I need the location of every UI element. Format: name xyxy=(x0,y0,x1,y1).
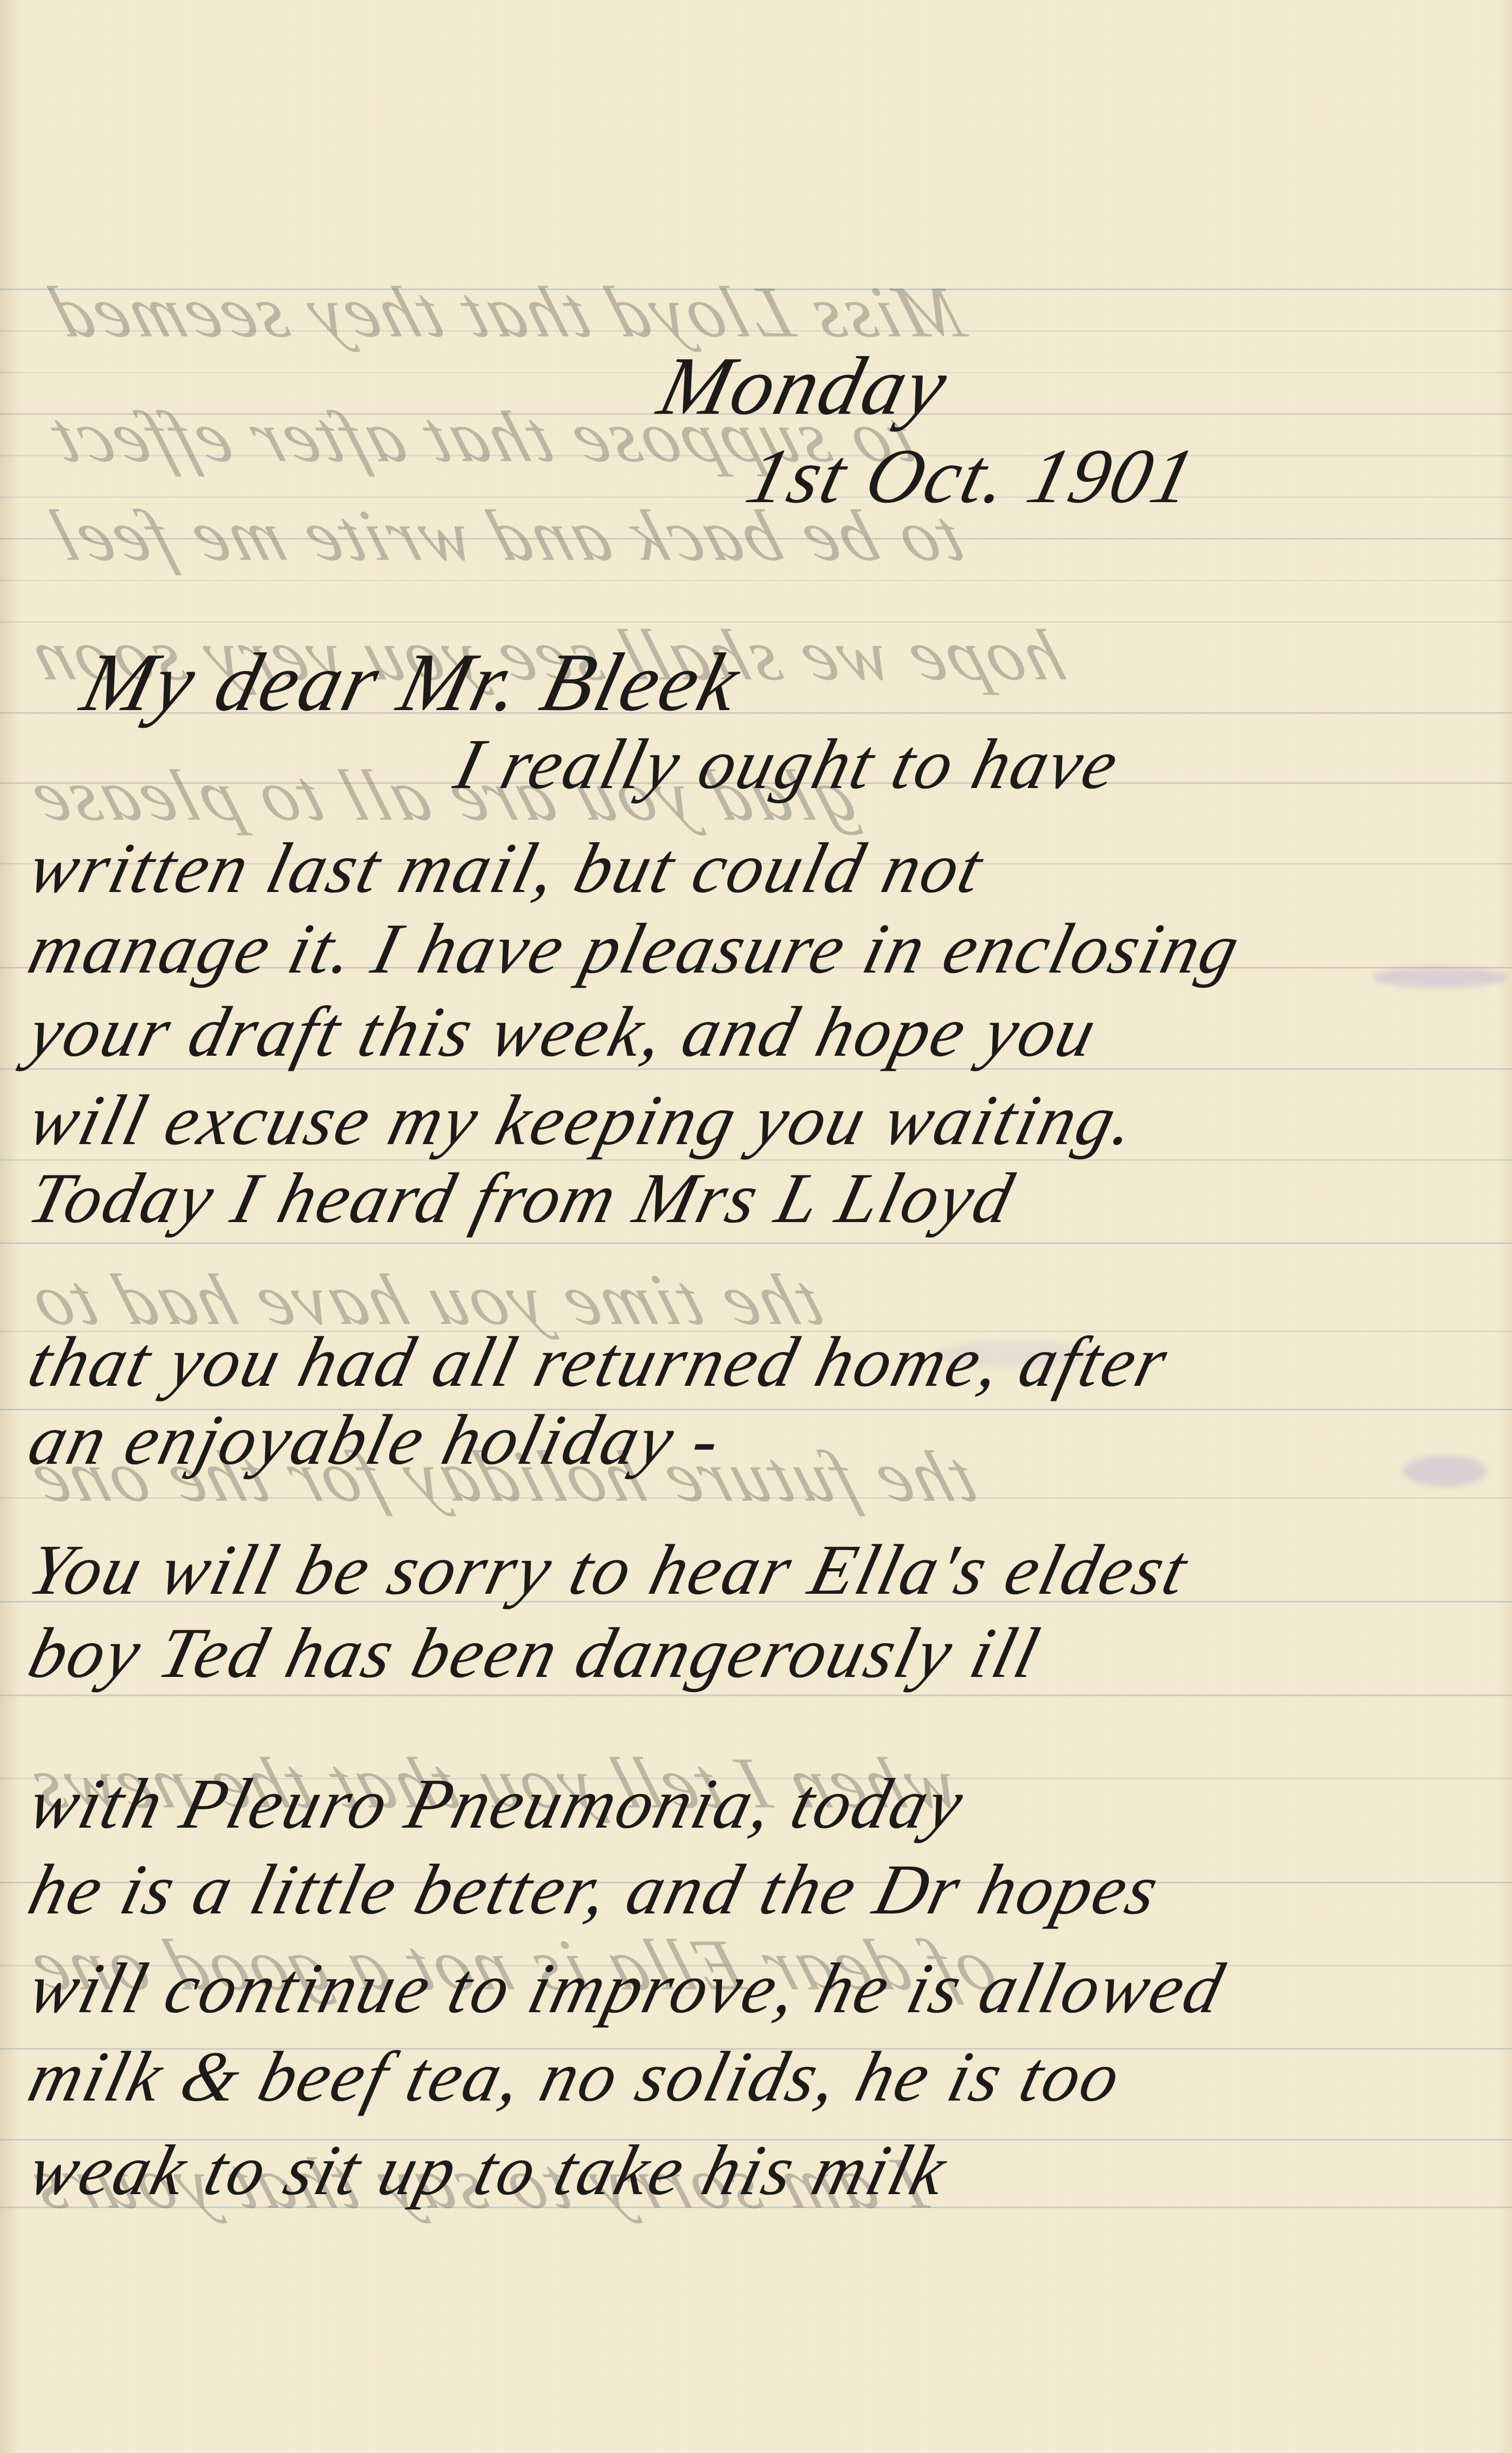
letter-line: will excuse my keeping you waiting. xyxy=(21,1079,1146,1161)
letter-line: Today I heard from Mrs L Lloyd xyxy=(21,1157,1023,1239)
letter-line: an enjoyable holiday - xyxy=(21,1398,730,1481)
salutation: My dear Mr. Bleek xyxy=(73,634,751,730)
ruled-line xyxy=(0,288,1512,290)
ruled-line xyxy=(0,580,1512,581)
letter-page: Miss Lloyd that they seemed to suppose t… xyxy=(0,0,1512,2453)
letter-line: that you had all returned home, after xyxy=(21,1320,1177,1403)
letter-line: he is a little better, and the Dr hopes xyxy=(21,1848,1168,1931)
letter-line: weak to sit up to take his milk xyxy=(21,2129,956,2211)
ink-stain xyxy=(1403,1455,1487,1487)
letter-line: manage it. I have pleasure in enclosing xyxy=(21,907,1250,990)
letter-line: with Pleuro Pneumonia, today xyxy=(21,1762,974,1845)
letter-line: your draft this week, and hope you xyxy=(21,990,1106,1073)
letter-date: 1st Oct. 1901 xyxy=(738,431,1205,521)
ruled-line xyxy=(0,330,1512,332)
ink-stain xyxy=(1372,967,1507,988)
letter-line: will continue to improve, he is allowed xyxy=(21,1947,1233,2029)
ruled-line xyxy=(0,1695,1512,1696)
ruled-line xyxy=(0,1497,1512,1499)
ruled-line xyxy=(0,1242,1512,1244)
letter-day: Monday xyxy=(650,338,958,434)
ruled-line xyxy=(0,538,1512,540)
letter-line: written last mail, but could not xyxy=(21,827,993,909)
letter-line: I really ought to have xyxy=(447,723,1128,805)
letter-line: boy Ted has been dangerously ill xyxy=(21,1611,1049,1694)
letter-line: You will be sorry to hear Ella's eldest xyxy=(21,1528,1197,1611)
ruled-line xyxy=(0,621,1512,623)
letter-line: milk & beef tea, no solids, he is too xyxy=(21,2035,1130,2118)
